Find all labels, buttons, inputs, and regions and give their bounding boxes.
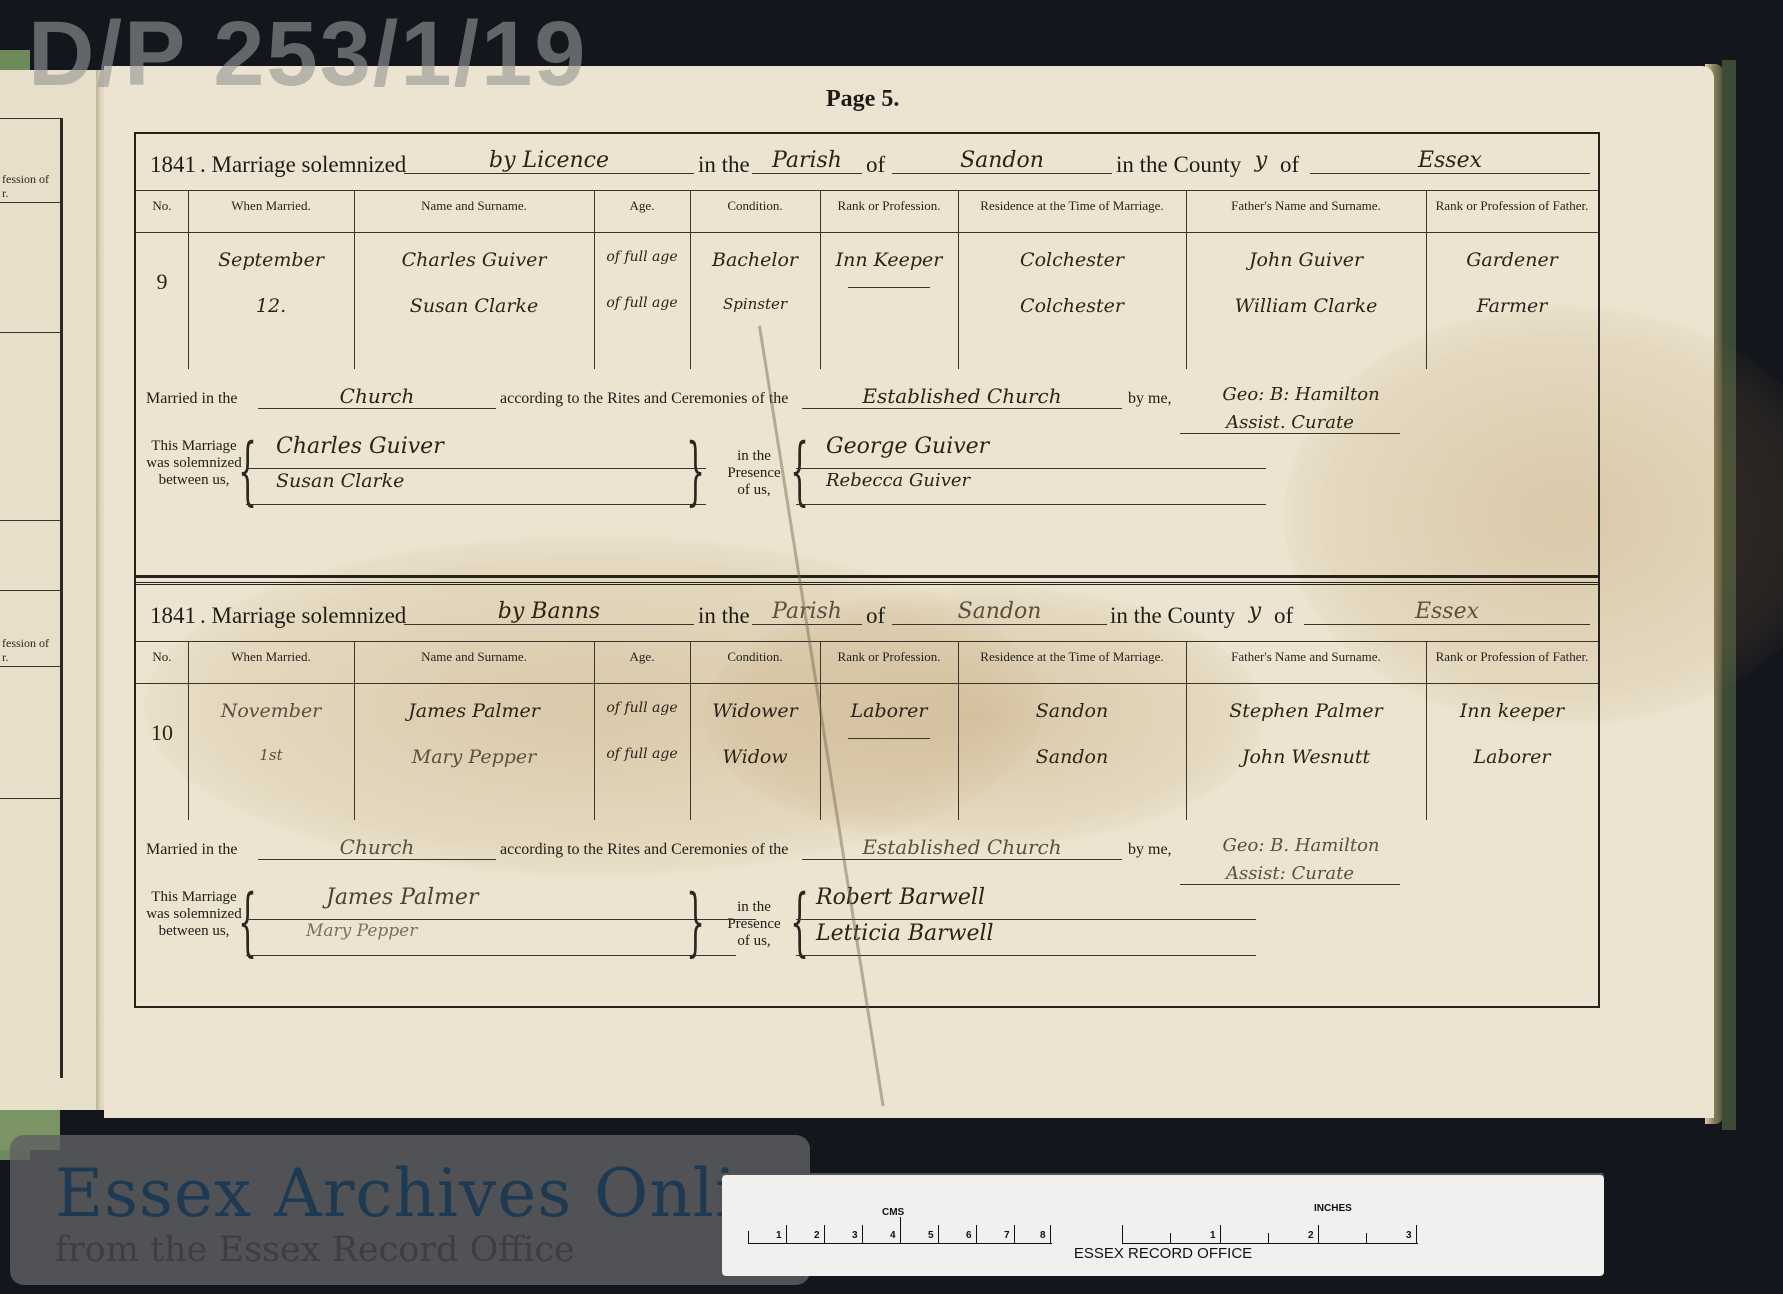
col-when-married: When Married. November 1st <box>188 642 355 820</box>
witness-2: Rebecca Guiver <box>796 470 1266 505</box>
watermark-subtitle: from the Essex Record Office <box>55 1230 575 1270</box>
cm-label: CMS <box>882 1207 904 1218</box>
brace: } <box>686 434 705 508</box>
married-in-field: Church <box>258 835 496 860</box>
entry-number: 10 <box>136 720 188 746</box>
marriage-entry: 1841 . Marriage solemnized by Licence in… <box>136 134 1598 566</box>
watermark-title: Essex Archives Online <box>55 1155 821 1232</box>
entry-table: No. 10 When Married. November 1st Name a… <box>136 641 1598 820</box>
label-county: in the County <box>1116 152 1241 178</box>
col-age: Age. of full age of full age <box>594 191 691 369</box>
parish-type-field: Parish <box>752 148 862 174</box>
archive-reference-stamp: D/P 253/1/19 <box>28 8 587 100</box>
col-residence: Residence at the Time of Marriage. Sando… <box>958 642 1187 820</box>
married-in-field: Church <box>258 384 496 409</box>
officiant-name: Geo: B. Hamilton <box>1176 835 1426 856</box>
signature-block: This Marriage was solemnized between us,… <box>146 885 1590 995</box>
solemnized-by-field: by Banns <box>404 599 694 625</box>
parish-field: Sandon <box>892 148 1112 174</box>
label-county-of: of <box>1280 152 1299 178</box>
col-no: No. 9 <box>136 191 189 369</box>
solemnized-by-field: by Licence <box>404 148 694 174</box>
county-field: Essex <box>1304 599 1590 625</box>
record-office-label: ESSEX RECORD OFFICE <box>722 1245 1604 1262</box>
col-father-profession: Rank or Profession of Father. Inn keeper… <box>1426 642 1598 820</box>
inch-label: INCHES <box>1314 1203 1352 1214</box>
witness-1: George Guiver <box>796 434 1266 469</box>
rites-field: Established Church <box>802 835 1122 860</box>
left-header-fragment: fession of <box>2 172 49 187</box>
entry-heading: 1841 . Marriage solemnized by Banns in t… <box>150 597 1590 637</box>
label-in-the: in the <box>698 152 750 178</box>
divider <box>0 520 60 521</box>
col-no: No. 10 <box>136 642 189 820</box>
brace: } <box>686 885 705 959</box>
officiant-title: Assist. Curate <box>1180 412 1400 434</box>
scale-ruler: 1 2 3 4 5 6 7 8 CMS 1 2 3 INCHES ESSEX R… <box>722 1173 1604 1276</box>
col-father-profession: Rank or Profession of Father. Gardener F… <box>1426 191 1598 369</box>
signature-groom: Charles Guiver <box>246 434 706 469</box>
left-header-fragment: r. <box>2 186 8 201</box>
divider <box>0 202 60 203</box>
col-residence: Residence at the Time of Marriage. Colch… <box>958 191 1187 369</box>
left-page-fragment: fession of r. fession of r. <box>0 70 102 1110</box>
divider <box>0 798 60 799</box>
parish-field: Sandon <box>892 599 1107 625</box>
officiant-title: Assist: Curate <box>1180 863 1400 885</box>
blank-dash <box>848 738 931 739</box>
signature-block: This Marriage was solemnized between us,… <box>146 434 1590 544</box>
signature-bride: Mary Pepper <box>246 921 736 956</box>
witness-1: Robert Barwell <box>796 885 1256 920</box>
col-father-name: Father's Name and Surname. John Guiver W… <box>1186 191 1427 369</box>
col-condition: Condition. Bachelor Spinster <box>690 191 821 369</box>
divider <box>0 118 60 119</box>
left-header-fragment: r. <box>2 650 8 665</box>
marriage-register: 1841 . Marriage solemnized by Licence in… <box>134 132 1600 1008</box>
col-condition: Condition. Widower Widow <box>690 642 821 820</box>
county-suffix: y <box>1250 148 1272 173</box>
col-age: Age. of full age of full age <box>594 642 691 820</box>
bride-name: Mary Pepper <box>354 746 594 768</box>
left-header-fragment: fession of <box>2 636 49 651</box>
left-page-frame <box>0 118 63 1078</box>
divider <box>0 590 60 591</box>
entry-number: 9 <box>136 269 188 295</box>
marriage-entry: 1841 . Marriage solemnized by Banns in t… <box>136 582 1598 1009</box>
col-when-married: When Married. September 12. <box>188 191 355 369</box>
witness-2: Letticia Barwell <box>796 921 1256 956</box>
essex-archives-watermark: Essex Archives Online from the Essex Rec… <box>10 1135 810 1285</box>
divider <box>0 666 60 667</box>
col-profession: Rank or Profession. Inn Keeper <box>820 191 959 369</box>
label-of: of <box>866 152 885 178</box>
entry-year: 1841 <box>150 603 196 629</box>
blank-dash <box>848 287 931 288</box>
divider <box>0 332 60 333</box>
rites-field: Established Church <box>802 384 1122 409</box>
bride-name: Susan Clarke <box>354 295 594 317</box>
officiant-name: Geo: B: Hamilton <box>1176 384 1426 405</box>
col-name: Name and Surname. Charles Guiver Susan C… <box>354 191 595 369</box>
entry-year: 1841 <box>150 152 196 178</box>
signature-bride: Susan Clarke <box>246 470 706 505</box>
col-father-name: Father's Name and Surname. Stephen Palme… <box>1186 642 1427 820</box>
groom-name: Charles Guiver <box>354 249 594 271</box>
inch-scale: 1 2 3 <box>1122 1215 1418 1244</box>
cm-scale: 1 2 3 4 5 6 7 8 <box>748 1215 1052 1244</box>
entry-table: No. 9 When Married. September 12. Name a… <box>136 190 1598 369</box>
col-name: Name and Surname. James Palmer Mary Pepp… <box>354 642 595 820</box>
label-solemnized: . Marriage solemnized <box>200 152 406 178</box>
county-field: Essex <box>1310 148 1590 174</box>
page-number: Page 5. <box>826 86 899 113</box>
groom-name: James Palmer <box>354 700 594 722</box>
signature-groom: James Palmer <box>246 885 756 920</box>
entry-heading: 1841 . Marriage solemnized by Licence in… <box>150 146 1590 186</box>
col-profession: Rank or Profession. Laborer <box>820 642 959 820</box>
book-cover-right <box>1722 60 1736 1130</box>
